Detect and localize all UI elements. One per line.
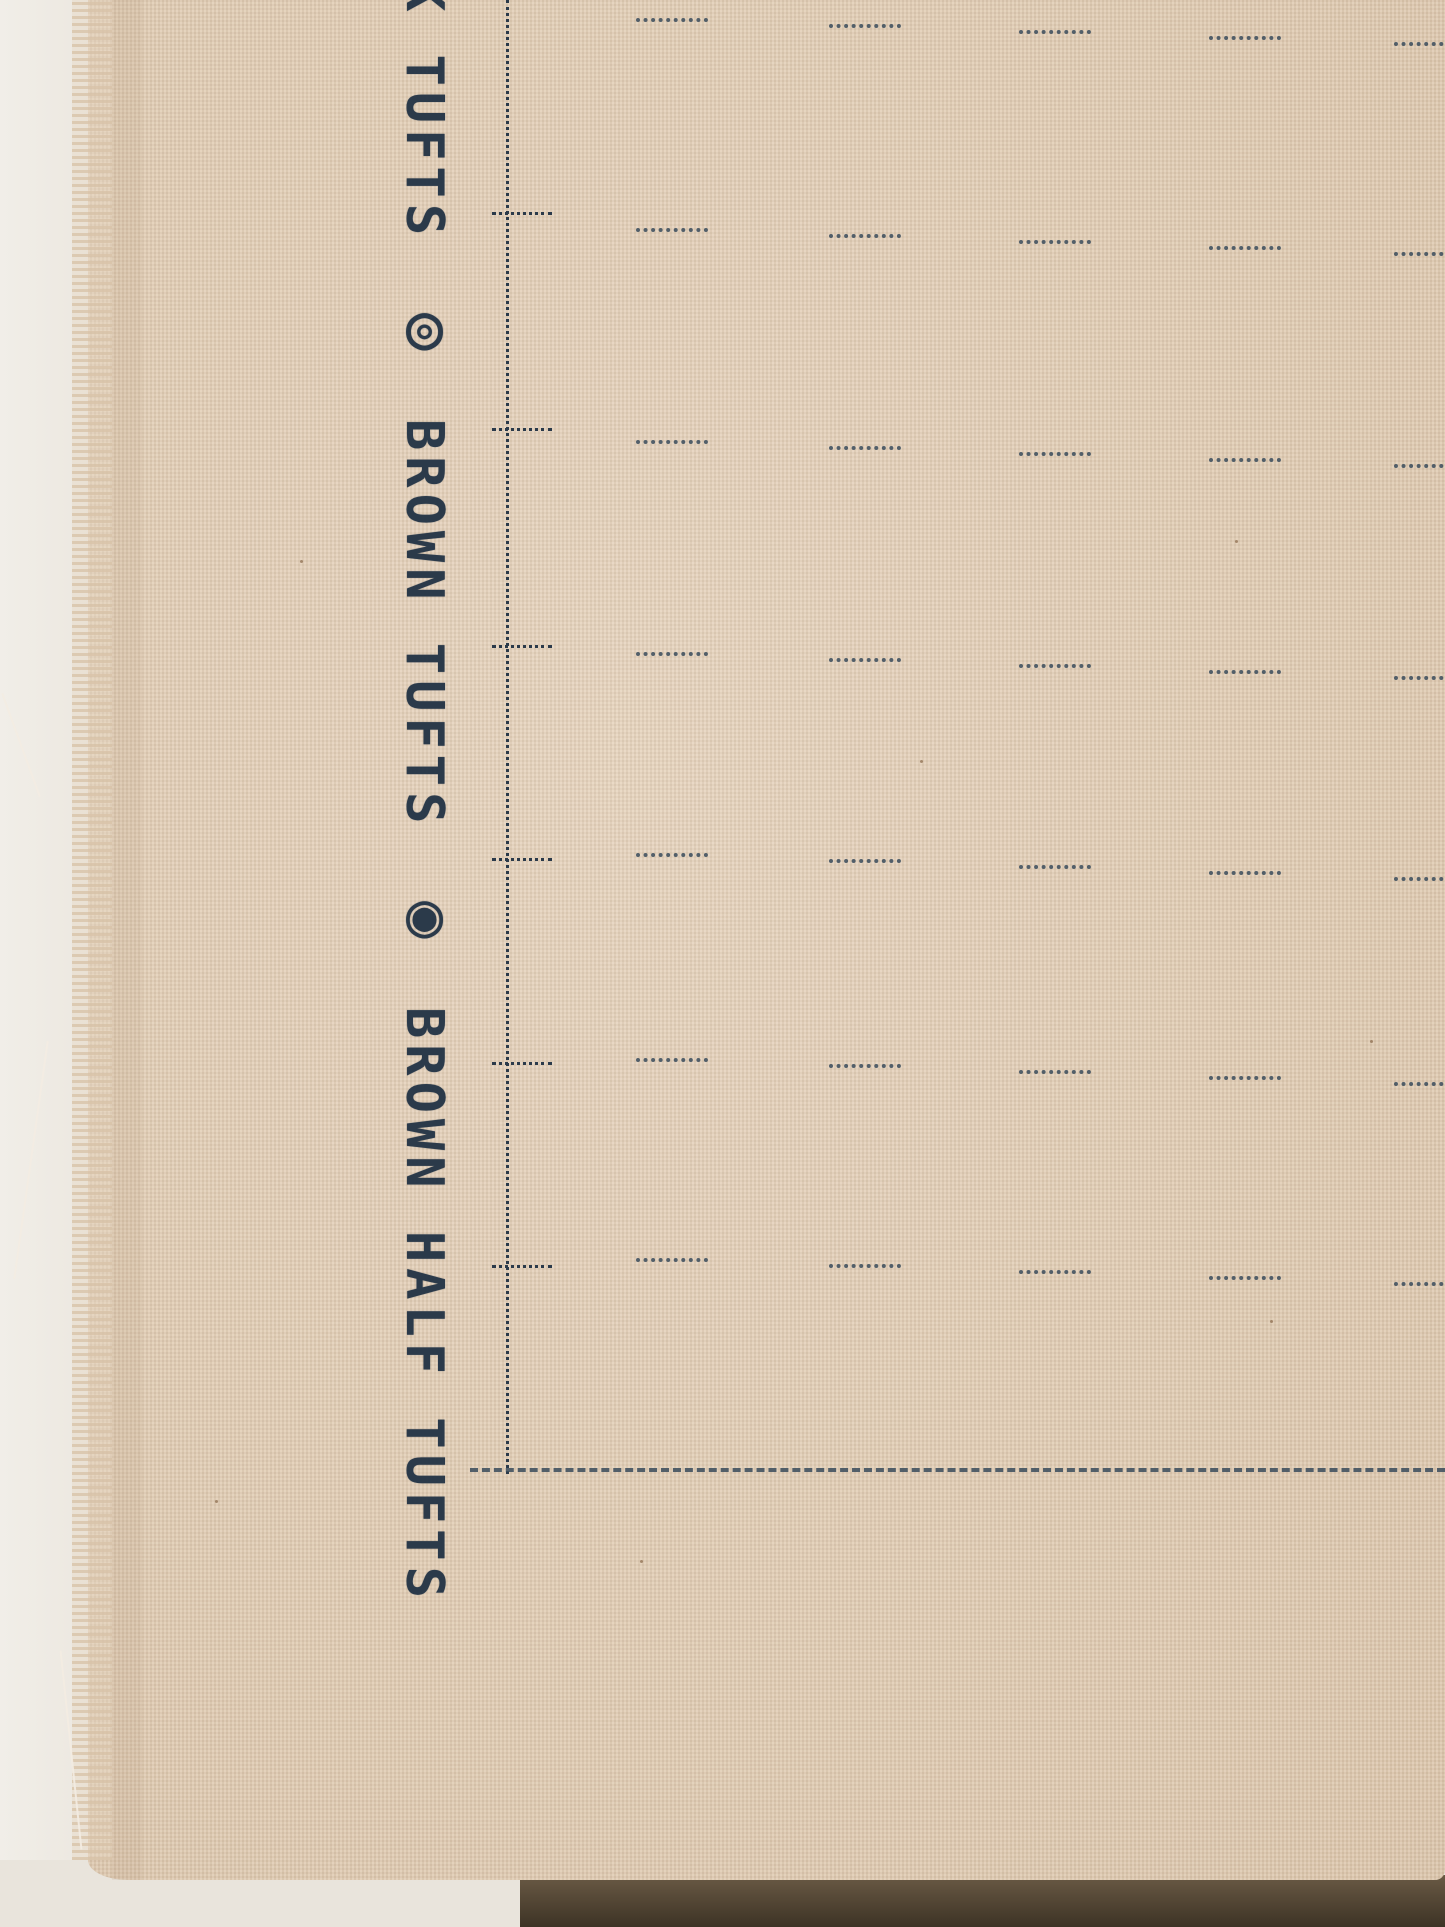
grid-dash [1394,1282,1445,1286]
grid-dash [636,652,708,656]
grid-dash [829,234,901,238]
tufting-cloth [88,0,1445,1880]
grid-dash [636,228,708,232]
ruler-tick [492,1062,552,1065]
grid-dash [1019,1270,1091,1274]
selvage-band [112,0,142,1880]
label-text: BROWN TUFTS [394,419,454,829]
grid-dash [636,18,708,22]
printed-baseline [470,1468,1445,1472]
grid-dash [1209,246,1281,250]
ruler-tick [492,858,552,861]
grid-dash [636,1058,708,1062]
shadow-area [520,1875,1445,1927]
grid-dash [1209,1076,1281,1080]
grid-dash [1019,240,1091,244]
grid-dash [1209,36,1281,40]
ruler-tick [492,428,552,431]
label-text: K TUFTS [394,0,454,241]
grid-dash [829,859,901,863]
fabric-speck [1370,1040,1373,1043]
printed-selvage-label: K TUFTS ◎ BROWN TUFTS ◉ BROWN HALF TUFTS [388,0,461,1604]
grid-dash [1019,865,1091,869]
grid-dash [636,853,708,857]
grid-dash [1394,42,1445,46]
grid-dash [829,446,901,450]
ruler-tick [492,1265,552,1268]
grid-dash [829,24,901,28]
grid-dash [636,440,708,444]
grid-dash [829,1264,901,1268]
target-circle-icon: ◉ [388,878,461,957]
grid-dash [1394,464,1445,468]
label-text: BROWN HALF TUFTS [394,1007,454,1604]
fabric-speck [215,1500,218,1503]
grid-dash [829,658,901,662]
grid-dash [1019,664,1091,668]
grid-dash [1019,452,1091,456]
grid-dash [1394,252,1445,256]
grid-dash [1394,676,1445,680]
fabric-speck [300,560,303,563]
ruler-tick [492,645,552,648]
printed-ruler-line [506,0,511,1474]
frayed-edge [72,0,112,1860]
grid-dash [1019,30,1091,34]
grid-dash [1209,1276,1281,1280]
fabric-speck [640,1560,643,1563]
fabric-speck [1235,540,1238,543]
grid-dash [636,1258,708,1262]
ruler-tick [492,212,552,215]
grid-dash [1209,871,1281,875]
fabric-speck [920,760,923,763]
grid-dash [1394,877,1445,881]
grid-dash [1019,1070,1091,1074]
grid-dash [829,1064,901,1068]
grid-dash [1394,1082,1445,1086]
target-circle-icon: ◎ [388,290,461,369]
fabric-speck [1270,1320,1273,1323]
grid-dash [1209,670,1281,674]
grid-dash [1209,458,1281,462]
